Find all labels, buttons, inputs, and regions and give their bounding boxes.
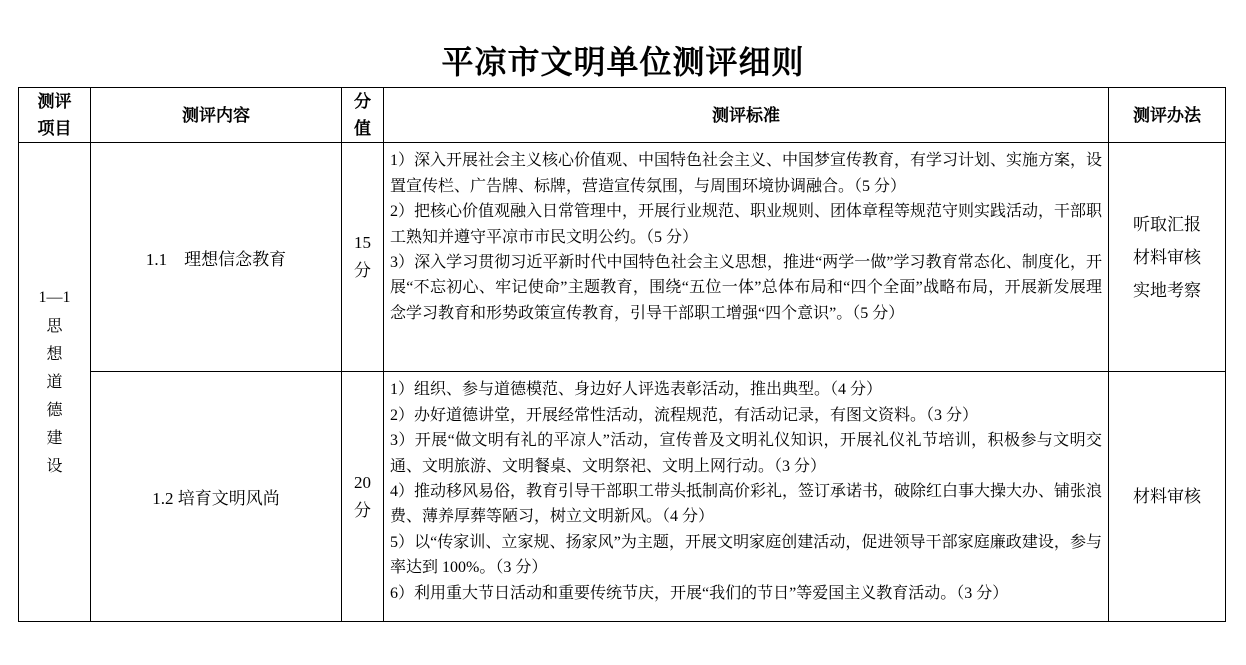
- column-header-standards: 测评标准: [384, 88, 1109, 143]
- table-row: 1—1 思想道德建设 1.1 理想信念教育 15 分 1）深入开展社会主义核心价…: [19, 143, 1226, 372]
- method-cell: 听取汇报 材料审核 实地考察: [1109, 143, 1226, 372]
- content-cell: 1.2 培育文明风尚: [91, 372, 342, 622]
- project-code: 1—1: [19, 284, 90, 311]
- content-cell: 1.1 理想信念教育: [91, 143, 342, 372]
- column-header-project: 测评项目: [19, 88, 91, 143]
- evaluation-table: 测评项目 测评内容 分值 测评标准 测评办法 1—1: [18, 87, 1226, 622]
- method-cell: 材料审核: [1109, 372, 1226, 622]
- column-header-content-label: 测评内容: [182, 106, 250, 125]
- standards-cell: 1）深入开展社会主义核心价值观、中国特色社会主义、中国梦宣传教育，有学习计划、实…: [384, 143, 1109, 372]
- column-header-method-label: 测评办法: [1133, 106, 1201, 125]
- project-name: 思想道德建设: [46, 313, 63, 481]
- document-page: 平凉市文明单位测评细则 测评项目 测评内容 分值 测评标准: [0, 0, 1246, 665]
- column-header-content: 测评内容: [91, 88, 342, 143]
- column-header-score: 分值: [342, 88, 384, 143]
- column-header-method: 测评办法: [1109, 88, 1226, 143]
- column-header-score-label: 分值: [353, 88, 372, 142]
- project-cell: 1—1 思想道德建设: [19, 143, 91, 622]
- score-cell: 15 分: [342, 143, 384, 372]
- column-header-project-label: 测评项目: [36, 88, 73, 142]
- score-cell: 20 分: [342, 372, 384, 622]
- table-header-row: 测评项目 测评内容 分值 测评标准 测评办法: [19, 88, 1226, 143]
- column-header-standards-label: 测评标准: [712, 106, 780, 125]
- page-title: 平凉市文明单位测评细则: [0, 46, 1246, 78]
- table-row: 1.2 培育文明风尚 20 分 1）组织、参与道德模范、身边好人评选表彰活动，推…: [19, 372, 1226, 622]
- standards-cell: 1）组织、参与道德模范、身边好人评选表彰活动，推出典型。（4 分） 2）办好道德…: [384, 372, 1109, 622]
